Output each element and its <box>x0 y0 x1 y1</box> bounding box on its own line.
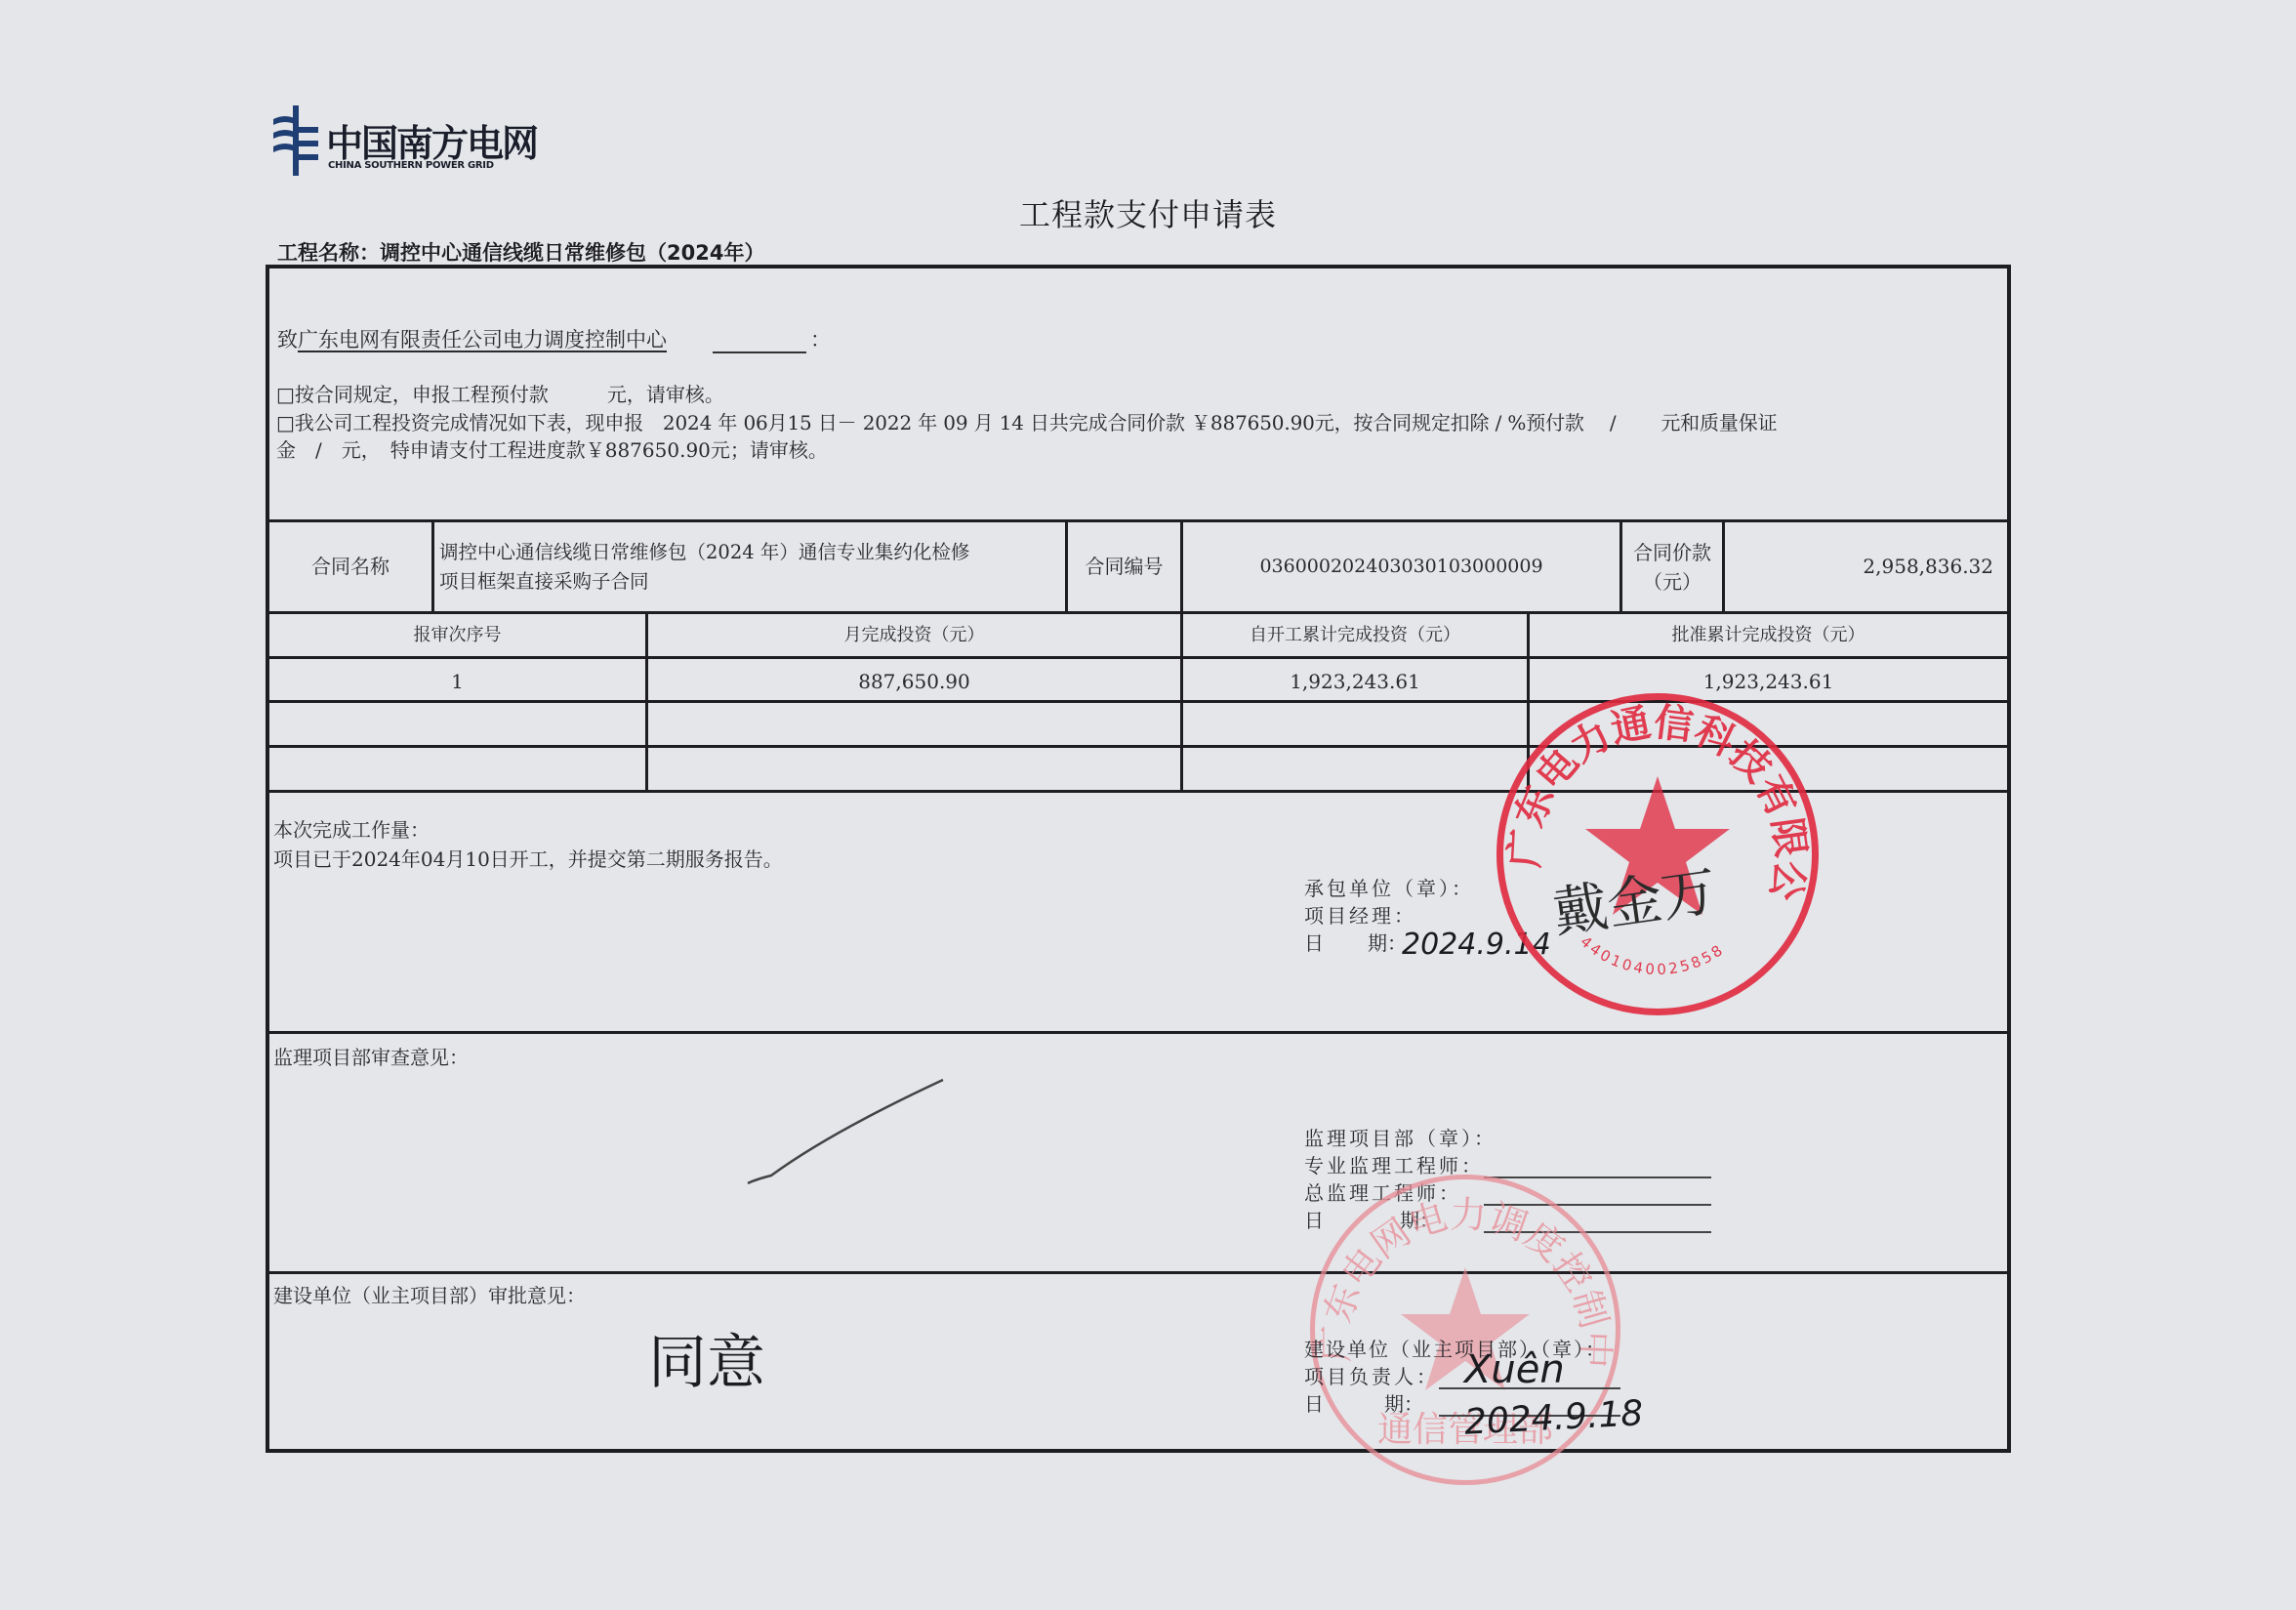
cell-seq: 1 <box>269 668 645 695</box>
owner-opinion-handwritten: 同意 <box>648 1316 765 1400</box>
professional-engineer-line[interactable] <box>1484 1177 1711 1178</box>
contract-name-line2: 项目框架直接采购子合同 <box>439 567 1064 597</box>
col-header-monthly: 月完成投资（元） <box>648 622 1180 649</box>
project-leader-label: 项目负责人： <box>1304 1363 1439 1390</box>
contract-name-label: 合同名称 <box>269 553 431 580</box>
supervision-heading: 监理项目部审查意见： <box>273 1044 469 1071</box>
col-header-approved: 批准累计完成投资（元） <box>1530 622 2007 649</box>
addressee-line: 致广东电网有限责任公司电力调度控制中心 <box>277 326 667 353</box>
addressee-suffix: ： <box>810 326 831 353</box>
contract-price-label: 合同价款 （元） <box>1622 538 1722 597</box>
work-content: 项目已于2024年04月10日开工，并提交第二期服务报告。 <box>273 846 783 873</box>
cell-cumulative: 1,923,243.61 <box>1183 668 1527 695</box>
owner-date-handwritten: 2024.9.18 <box>1463 1393 1644 1443</box>
date-label-b: 期： <box>1384 1390 1423 1418</box>
logo-name-en: CHINA SOUTHERN POWER GRID <box>328 160 494 171</box>
addressee-recipient: 广东电网有限责任公司电力调度控制中心 <box>298 328 667 351</box>
project-name: 调控中心通信线缆日常维修包（2024年） <box>380 241 764 265</box>
work-heading: 本次完成工作量： <box>273 816 430 844</box>
cell-monthly: 887,650.90 <box>648 668 1180 695</box>
slash-mark-icon <box>742 1074 957 1191</box>
contract-price-label-line2: （元） <box>1622 567 1722 597</box>
contract-number-value: 036000202403030103000009 <box>1183 553 1619 580</box>
power-grid-logo-icon <box>271 105 320 176</box>
option-advance-payment[interactable]: □按合同规定，申报工程预付款 元，请审核。 <box>276 381 724 408</box>
option-progress-payment-cont: 金 / 元， 特申请支付工程进度款￥887650.90元；请审核。 <box>276 436 828 464</box>
col-header-cumulative: 自开工累计完成投资（元） <box>1183 622 1527 649</box>
contract-price-value: 2,958,836.32 <box>1725 553 1993 580</box>
project-label: 工程名称： <box>277 241 380 265</box>
project-manager-label: 项目经理： <box>1304 902 1416 929</box>
date-label-a: 日 <box>1304 929 1324 957</box>
contract-name-value: 调控中心通信线缆日常维修包（2024 年）通信专业集约化检修 项目框架直接采购子… <box>439 538 1064 597</box>
contract-name-line1: 调控中心通信线缆日常维修包（2024 年）通信专业集约化检修 <box>439 538 1064 567</box>
addressee-prefix: 致 <box>277 328 298 351</box>
contract-price-label-line1: 合同价款 <box>1622 538 1722 567</box>
contractor-seal-label: 承包单位（章）： <box>1304 875 1474 902</box>
logo-name-cn: 中国南方电网 <box>326 113 537 167</box>
addressee-underline <box>713 351 806 353</box>
option-progress-payment[interactable]: □我公司工程投资完成情况如下表，现申报 2024 年 06月15 日－ 2022… <box>276 409 1777 436</box>
contractor-company-stamp: 广东电力通信科技有限公司 4401040025858 <box>1496 693 1819 1015</box>
owner-heading: 建设单位（业主项目部）审批意见： <box>273 1282 586 1309</box>
document-title: 工程款支付申请表 <box>0 190 2296 235</box>
project-name-line: 工程名称：调控中心通信线缆日常维修包（2024年） <box>277 237 764 267</box>
date-label-a: 日 <box>1304 1390 1324 1418</box>
supervision-dept-seal-label: 监理项目部（章）： <box>1304 1125 1496 1152</box>
col-header-seq: 报审次序号 <box>269 622 645 649</box>
date-label-b: 期： <box>1368 929 1407 957</box>
project-leader-signature: Xuên <box>1464 1347 1565 1392</box>
cell-approved: 1,923,243.61 <box>1530 668 2007 695</box>
contract-number-label: 合同编号 <box>1068 553 1180 580</box>
